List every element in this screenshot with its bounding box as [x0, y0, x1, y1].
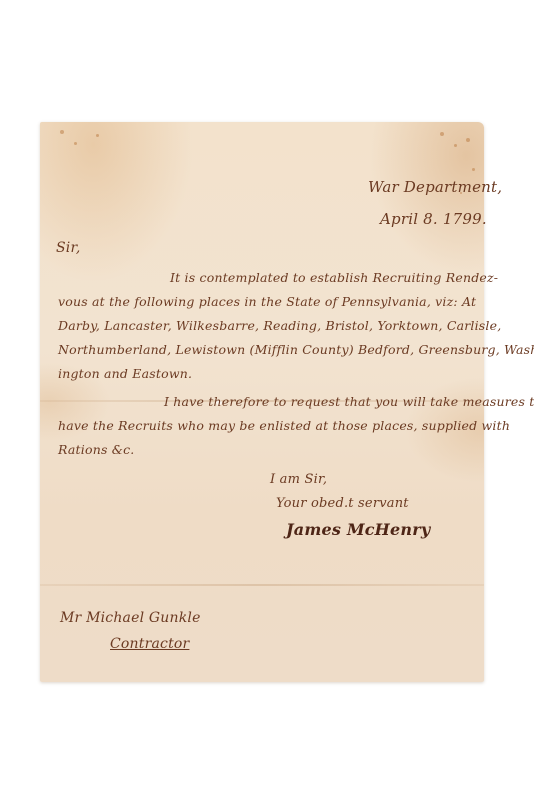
department-heading: War Department, [368, 178, 502, 196]
closing-servant: Your obed.t servant [276, 496, 409, 511]
body-line: vous at the following places in the Stat… [58, 294, 476, 309]
foxing-spot [440, 132, 444, 136]
body-line: I have therefore to request that you wil… [164, 394, 534, 409]
body-line: ington and Eastown. [58, 366, 192, 381]
closing-line: I am Sir, [270, 472, 327, 487]
foxing-spot [472, 168, 475, 171]
foxing-spot [96, 134, 99, 137]
letter-date: April 8. 1799. [380, 210, 487, 228]
body-line: Rations &c. [58, 442, 134, 457]
fold-line [40, 584, 484, 586]
body-line: Darby, Lancaster, Wilkesbarre, Reading, … [58, 318, 501, 333]
signature: James McHenry [286, 520, 430, 539]
foxing-spot [74, 142, 77, 145]
body-line: It is contemplated to establish Recruiti… [170, 270, 498, 285]
body-line: have the Recruits who may be enlisted at… [58, 418, 510, 433]
letter-page: War Department, April 8. 1799. Sir, It i… [40, 122, 484, 682]
salutation: Sir, [56, 240, 80, 256]
addressee-title: Contractor [110, 636, 189, 652]
body-line: Northumberland, Lewistown (Mifflin Count… [58, 342, 534, 357]
foxing-spot [454, 144, 457, 147]
foxing-spot [60, 130, 64, 134]
addressee-name: Mr Michael Gunkle [60, 610, 201, 626]
foxing-spot [466, 138, 470, 142]
